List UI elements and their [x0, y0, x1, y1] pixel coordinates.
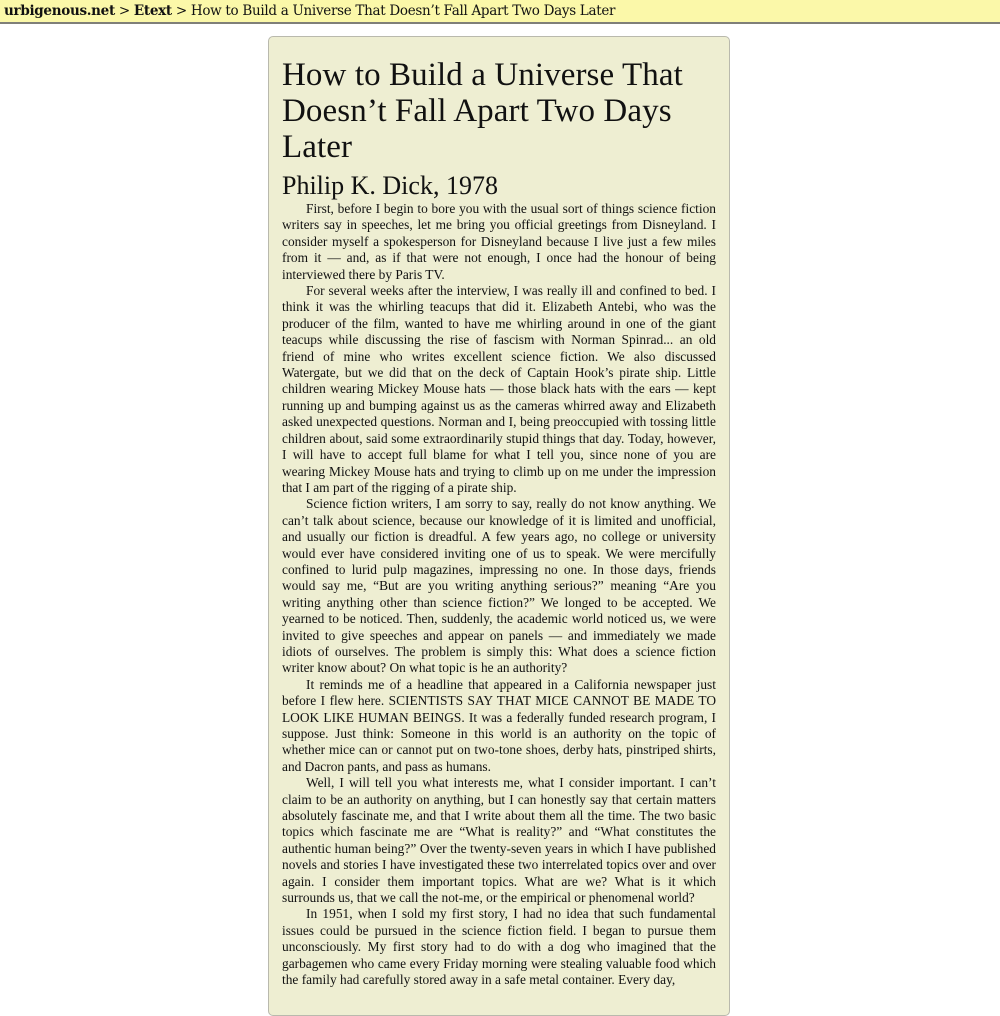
article-paragraph: It reminds me of a headline that appeare… [282, 677, 716, 775]
breadcrumb-link-home[interactable]: urbigenous.net [4, 3, 115, 19]
breadcrumb: urbigenous.net>Etext>How to Build a Univ… [0, 0, 1000, 24]
article-paragraph: Well, I will tell you what interests me,… [282, 775, 716, 906]
article-paragraph: First, before I begin to bore you with t… [282, 201, 716, 283]
article-byline: Philip K. Dick, 1978 [282, 171, 716, 201]
breadcrumb-separator: > [115, 3, 134, 19]
article-body: First, before I begin to bore you with t… [282, 201, 716, 989]
article-paragraph: Science fiction writers, I am sorry to s… [282, 496, 716, 676]
breadcrumb-link-etext[interactable]: Etext [134, 3, 172, 19]
article-paragraph: In 1951, when I sold my first story, I h… [282, 906, 716, 988]
breadcrumb-separator: > [172, 3, 191, 19]
article-title: How to Build a Universe That Doesn’t Fal… [282, 57, 716, 165]
breadcrumb-current-page: How to Build a Universe That Doesn’t Fal… [191, 3, 615, 19]
article-container: How to Build a Universe That Doesn’t Fal… [268, 36, 730, 1000]
article-paragraph: For several weeks after the interview, I… [282, 283, 716, 496]
